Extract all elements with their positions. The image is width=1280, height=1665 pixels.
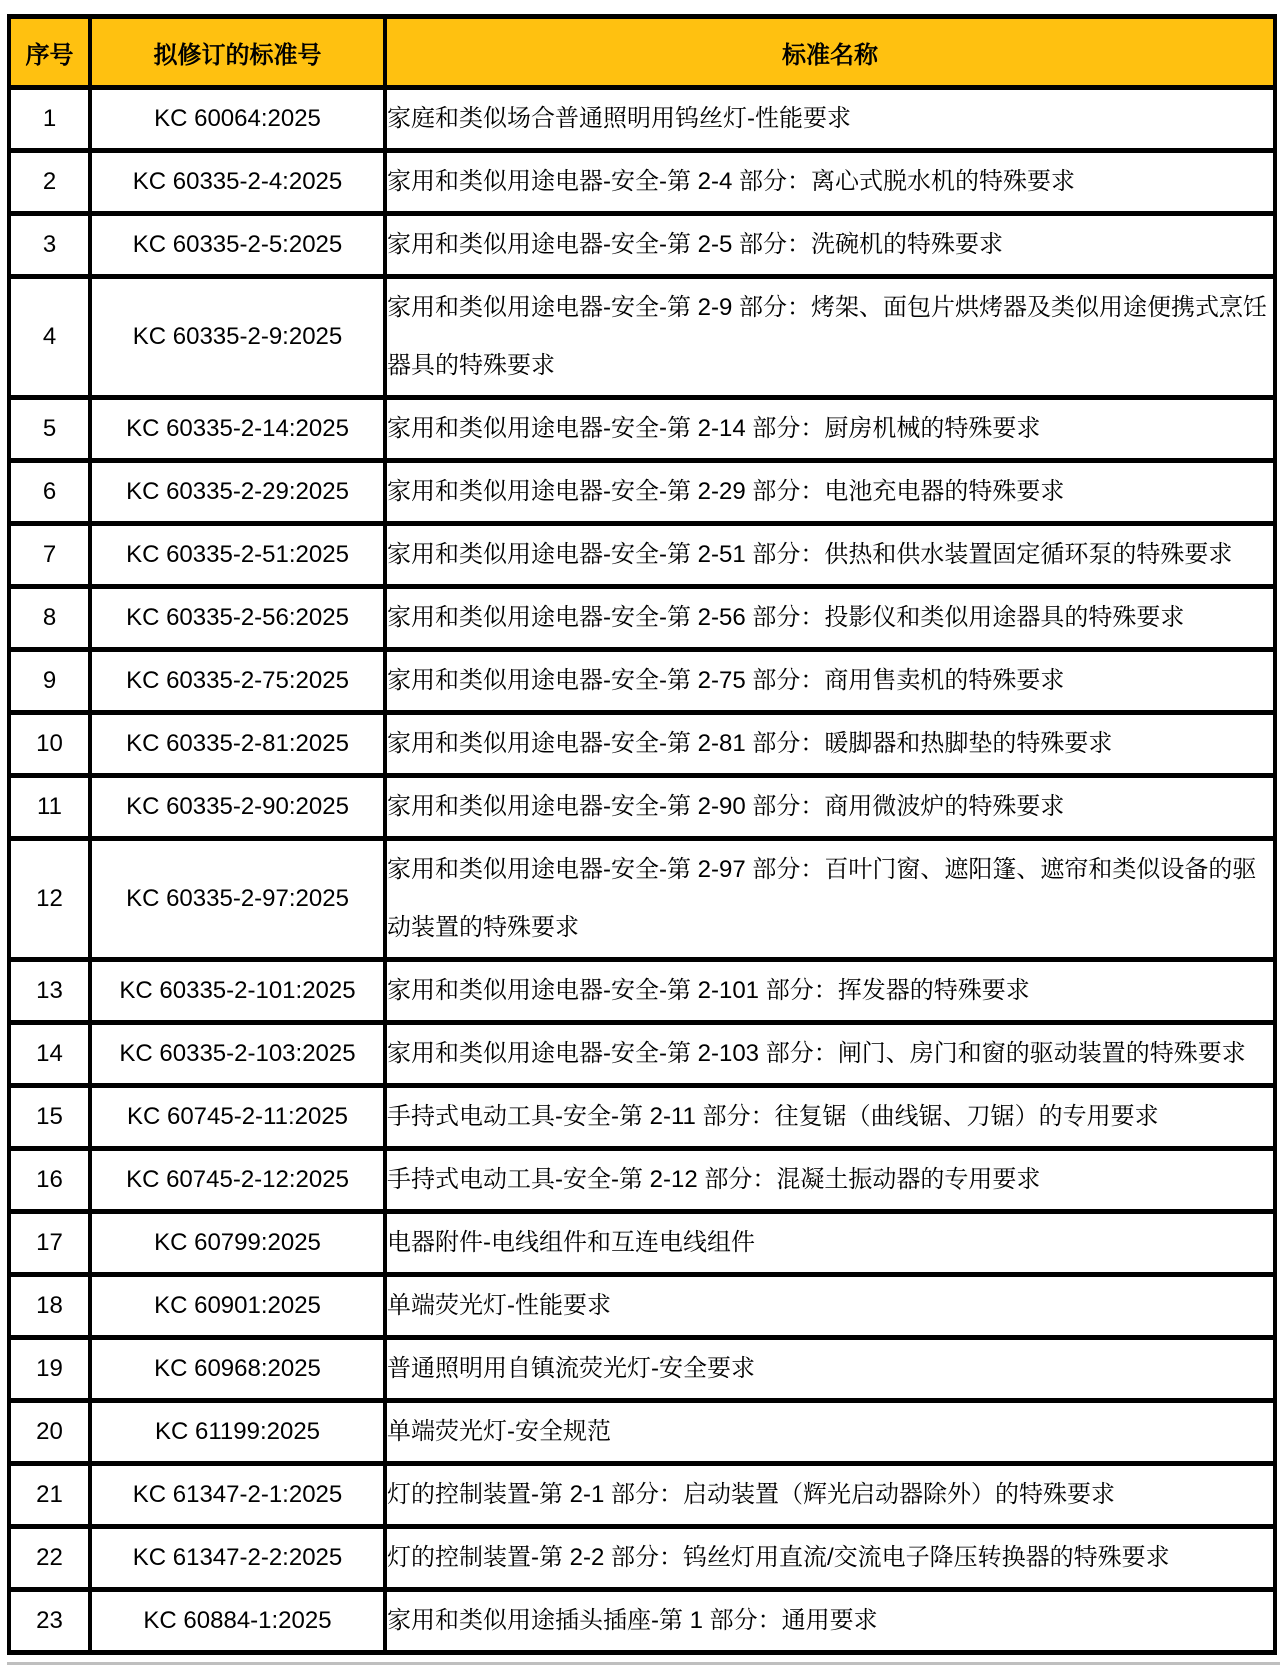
row-standard-name-cell: 电器附件-电线组件和互连电线组件 <box>385 1212 1275 1275</box>
row-standard-number-cell: KC 60745-2-12:2025 <box>90 1149 385 1212</box>
table-row: 21 KC 61347-2-1:2025 灯的控制装置-第 2-1 部分：启动装… <box>9 1464 1275 1527</box>
row-index-cell: 1 <box>9 88 90 151</box>
row-index-cell: 2 <box>9 151 90 214</box>
row-index-cell: 18 <box>9 1275 90 1338</box>
row-standard-number-cell: KC 60968:2025 <box>90 1338 385 1401</box>
table-row: 6 KC 60335-2-29:2025 家用和类似用途电器-安全-第 2-29… <box>9 461 1275 524</box>
row-standard-number-cell: KC 60335-2-14:2025 <box>90 398 385 461</box>
row-index-cell: 5 <box>9 398 90 461</box>
row-index-cell: 10 <box>9 713 90 776</box>
row-standard-name-cell: 家用和类似用途电器-安全-第 2-5 部分：洗碗机的特殊要求 <box>385 214 1275 277</box>
row-standard-name-cell: 家用和类似用途电器-安全-第 2-90 部分：商用微波炉的特殊要求 <box>385 776 1275 839</box>
row-standard-name-cell: 家用和类似用途电器-安全-第 2-9 部分：烤架、面包片烘烤器及类似用途便携式烹… <box>385 277 1275 398</box>
row-index-cell: 8 <box>9 587 90 650</box>
row-standard-name-cell: 家用和类似用途电器-安全-第 2-101 部分：挥发器的特殊要求 <box>385 960 1275 1023</box>
row-index-cell: 13 <box>9 960 90 1023</box>
table-row: 3 KC 60335-2-5:2025 家用和类似用途电器-安全-第 2-5 部… <box>9 214 1275 277</box>
table-row: 9 KC 60335-2-75:2025 家用和类似用途电器-安全-第 2-75… <box>9 650 1275 713</box>
row-standard-name-cell: 家用和类似用途电器-安全-第 2-14 部分：厨房机械的特殊要求 <box>385 398 1275 461</box>
row-index-cell: 9 <box>9 650 90 713</box>
table-row: 10 KC 60335-2-81:2025 家用和类似用途电器-安全-第 2-8… <box>9 713 1275 776</box>
row-index-cell: 14 <box>9 1023 90 1086</box>
row-standard-name-cell: 单端荧光灯-安全规范 <box>385 1401 1275 1464</box>
row-standard-name-cell: 灯的控制装置-第 2-1 部分：启动装置（辉光启动器除外）的特殊要求 <box>385 1464 1275 1527</box>
row-standard-number-cell: KC 60335-2-4:2025 <box>90 151 385 214</box>
row-index-cell: 22 <box>9 1527 90 1590</box>
row-standard-name-cell: 家用和类似用途电器-安全-第 2-51 部分：供热和供水装置固定循环泵的特殊要求 <box>385 524 1275 587</box>
row-standard-name-cell: 家用和类似用途电器-安全-第 2-103 部分：闸门、房门和窗的驱动装置的特殊要… <box>385 1023 1275 1086</box>
row-standard-name-cell: 家用和类似用途电器-安全-第 2-56 部分：投影仪和类似用途器具的特殊要求 <box>385 587 1275 650</box>
row-standard-name-cell: 单端荧光灯-性能要求 <box>385 1275 1275 1338</box>
row-standard-name-cell: 家用和类似用途电器-安全-第 2-81 部分：暖脚器和热脚垫的特殊要求 <box>385 713 1275 776</box>
row-index-cell: 15 <box>9 1086 90 1149</box>
table-row: 2 KC 60335-2-4:2025 家用和类似用途电器-安全-第 2-4 部… <box>9 151 1275 214</box>
row-standard-name-cell: 手持式电动工具-安全-第 2-11 部分：往复锯（曲线锯、刀锯）的专用要求 <box>385 1086 1275 1149</box>
row-standard-number-cell: KC 60799:2025 <box>90 1212 385 1275</box>
standards-revision-table: 序号 拟修订的标准号 标准名称 1 KC 60064:2025 家庭和类似场合普… <box>7 14 1277 1655</box>
row-index-cell: 16 <box>9 1149 90 1212</box>
table-row: 18 KC 60901:2025 单端荧光灯-性能要求 <box>9 1275 1275 1338</box>
table-row: 14 KC 60335-2-103:2025 家用和类似用途电器-安全-第 2-… <box>9 1023 1275 1086</box>
table-row: 5 KC 60335-2-14:2025 家用和类似用途电器-安全-第 2-14… <box>9 398 1275 461</box>
table-row: 13 KC 60335-2-101:2025 家用和类似用途电器-安全-第 2-… <box>9 960 1275 1023</box>
row-standard-number-cell: KC 60335-2-81:2025 <box>90 713 385 776</box>
row-standard-number-cell: KC 60335-2-9:2025 <box>90 277 385 398</box>
row-standard-name-cell: 灯的控制装置-第 2-2 部分：钨丝灯用直流/交流电子降压转换器的特殊要求 <box>385 1527 1275 1590</box>
row-standard-number-cell: KC 60335-2-51:2025 <box>90 524 385 587</box>
row-standard-number-cell: KC 61347-2-1:2025 <box>90 1464 385 1527</box>
header-cell-standard: 拟修订的标准号 <box>90 17 385 88</box>
row-standard-number-cell: KC 60901:2025 <box>90 1275 385 1338</box>
row-index-cell: 6 <box>9 461 90 524</box>
row-standard-number-cell: KC 60335-2-90:2025 <box>90 776 385 839</box>
table-row: 23 KC 60884-1:2025 家用和类似用途插头插座-第 1 部分：通用… <box>9 1590 1275 1653</box>
row-index-cell: 17 <box>9 1212 90 1275</box>
row-index-cell: 20 <box>9 1401 90 1464</box>
header-cell-name: 标准名称 <box>385 17 1275 88</box>
table-row: 16 KC 60745-2-12:2025 手持式电动工具-安全-第 2-12 … <box>9 1149 1275 1212</box>
row-index-cell: 11 <box>9 776 90 839</box>
row-standard-number-cell: KC 61199:2025 <box>90 1401 385 1464</box>
table-row: 7 KC 60335-2-51:2025 家用和类似用途电器-安全-第 2-51… <box>9 524 1275 587</box>
table-header-row: 序号 拟修订的标准号 标准名称 <box>9 17 1275 88</box>
document-page: 序号 拟修订的标准号 标准名称 1 KC 60064:2025 家庭和类似场合普… <box>0 0 1280 1665</box>
row-standard-name-cell: 家庭和类似场合普通照明用钨丝灯-性能要求 <box>385 88 1275 151</box>
row-standard-number-cell: KC 60335-2-97:2025 <box>90 839 385 960</box>
row-standard-number-cell: KC 60335-2-29:2025 <box>90 461 385 524</box>
row-standard-name-cell: 手持式电动工具-安全-第 2-12 部分：混凝土振动器的专用要求 <box>385 1149 1275 1212</box>
row-standard-number-cell: KC 61347-2-2:2025 <box>90 1527 385 1590</box>
row-standard-number-cell: KC 60884-1:2025 <box>90 1590 385 1653</box>
row-standard-number-cell: KC 60335-2-5:2025 <box>90 214 385 277</box>
row-index-cell: 7 <box>9 524 90 587</box>
row-standard-number-cell: KC 60335-2-103:2025 <box>90 1023 385 1086</box>
row-standard-name-cell: 家用和类似用途电器-安全-第 2-75 部分：商用售卖机的特殊要求 <box>385 650 1275 713</box>
row-standard-number-cell: KC 60335-2-101:2025 <box>90 960 385 1023</box>
row-index-cell: 3 <box>9 214 90 277</box>
table-row: 17 KC 60799:2025 电器附件-电线组件和互连电线组件 <box>9 1212 1275 1275</box>
row-standard-name-cell: 家用和类似用途电器-安全-第 2-4 部分：离心式脱水机的特殊要求 <box>385 151 1275 214</box>
row-standard-name-cell: 家用和类似用途电器-安全-第 2-97 部分：百叶门窗、遮阳篷、遮帘和类似设备的… <box>385 839 1275 960</box>
table-row: 11 KC 60335-2-90:2025 家用和类似用途电器-安全-第 2-9… <box>9 776 1275 839</box>
row-index-cell: 19 <box>9 1338 90 1401</box>
row-standard-name-cell: 普通照明用自镇流荧光灯-安全要求 <box>385 1338 1275 1401</box>
table-row: 15 KC 60745-2-11:2025 手持式电动工具-安全-第 2-11 … <box>9 1086 1275 1149</box>
row-index-cell: 4 <box>9 277 90 398</box>
table-row: 12 KC 60335-2-97:2025 家用和类似用途电器-安全-第 2-9… <box>9 839 1275 960</box>
row-standard-number-cell: KC 60335-2-75:2025 <box>90 650 385 713</box>
table-row: 20 KC 61199:2025 单端荧光灯-安全规范 <box>9 1401 1275 1464</box>
table-body: 1 KC 60064:2025 家庭和类似场合普通照明用钨丝灯-性能要求 2 K… <box>9 88 1275 1653</box>
row-standard-name-cell: 家用和类似用途电器-安全-第 2-29 部分：电池充电器的特殊要求 <box>385 461 1275 524</box>
row-standard-number-cell: KC 60335-2-56:2025 <box>90 587 385 650</box>
row-index-cell: 12 <box>9 839 90 960</box>
row-standard-name-cell: 家用和类似用途插头插座-第 1 部分：通用要求 <box>385 1590 1275 1653</box>
table-row: 4 KC 60335-2-9:2025 家用和类似用途电器-安全-第 2-9 部… <box>9 277 1275 398</box>
row-standard-number-cell: KC 60745-2-11:2025 <box>90 1086 385 1149</box>
row-index-cell: 23 <box>9 1590 90 1653</box>
row-standard-number-cell: KC 60064:2025 <box>90 88 385 151</box>
table-row: 1 KC 60064:2025 家庭和类似场合普通照明用钨丝灯-性能要求 <box>9 88 1275 151</box>
header-cell-index: 序号 <box>9 17 90 88</box>
row-index-cell: 21 <box>9 1464 90 1527</box>
table-row: 19 KC 60968:2025 普通照明用自镇流荧光灯-安全要求 <box>9 1338 1275 1401</box>
table-row: 8 KC 60335-2-56:2025 家用和类似用途电器-安全-第 2-56… <box>9 587 1275 650</box>
table-row: 22 KC 61347-2-2:2025 灯的控制装置-第 2-2 部分：钨丝灯… <box>9 1527 1275 1590</box>
